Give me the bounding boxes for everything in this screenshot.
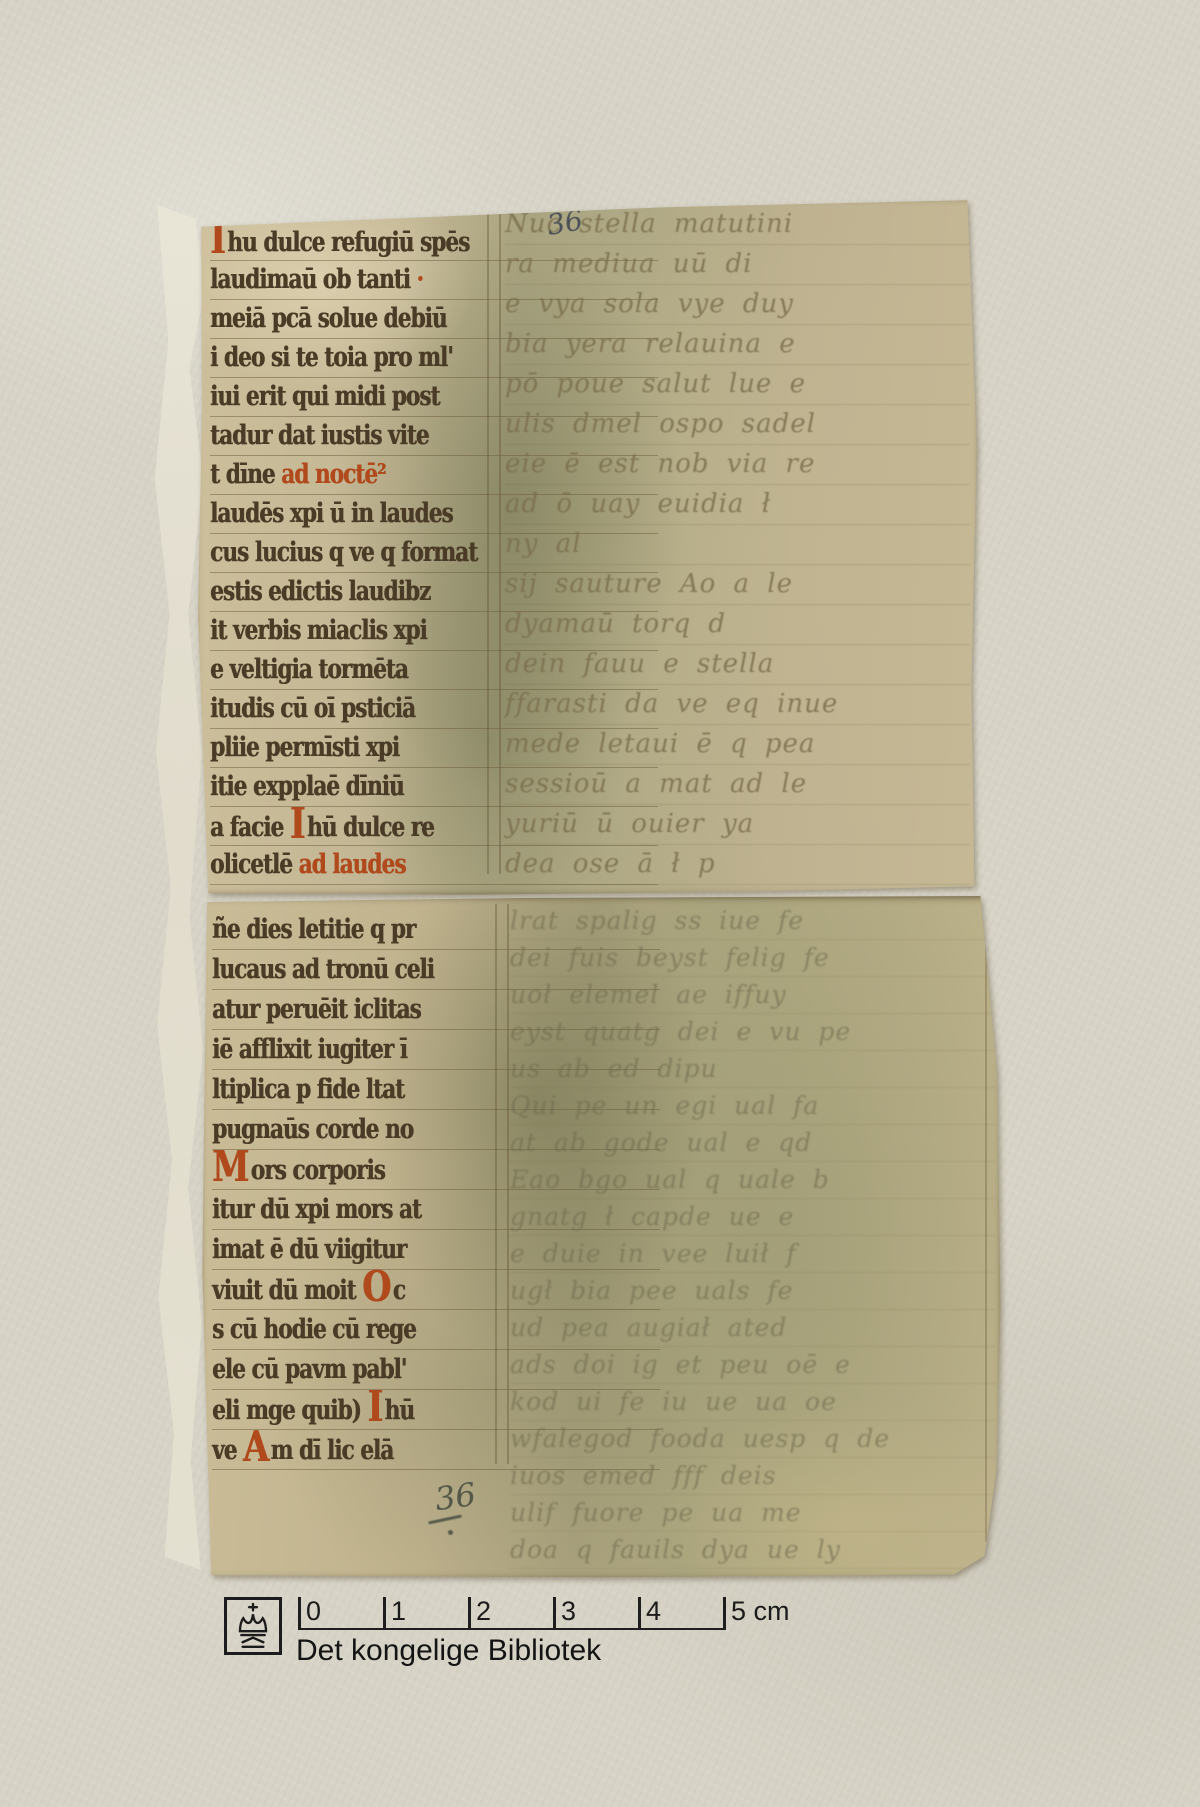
text-segment: bia yera relauina e (505, 329, 796, 359)
text-segment: cus lucius q ve q format (210, 537, 477, 568)
scale-tick (638, 1597, 641, 1630)
fragment-upper-parchment: Ihu dulce refugiū spēslaudimaū ob tanti … (195, 196, 980, 896)
manuscript-line: dea ose ā ł p (505, 845, 970, 885)
text-segment: ffarasti da ve eq inue (505, 689, 838, 719)
text-segment: itie expplaē dīniū (210, 771, 404, 802)
manuscript-line: dein fauu e stella (505, 645, 970, 685)
library-name-label: Det kongelige Bibliotek (296, 1634, 601, 1668)
text-segment: at ab gode ual e qd (510, 1128, 812, 1157)
text-segment: lrat spalig ss iue fe (510, 906, 804, 935)
text-segment: i deo si te toia pro ml' (210, 342, 453, 373)
text-segment: uoł elemel ae iffuy (510, 980, 787, 1009)
text-segment: M (212, 1152, 248, 1182)
manuscript-line: ny al (505, 525, 970, 565)
text-segment: Eao bgo ual q uale b (510, 1165, 830, 1194)
fragment-upper-right-column: Nuc stella matutinira mediua uū die vya … (505, 205, 970, 885)
manuscript-line: iuos emed fff deis (510, 1458, 995, 1495)
text-segment: c (393, 1275, 405, 1306)
text-segment: dei fuis beyst felig fe (510, 943, 830, 972)
text-segment: laudēs xpi ū in laudes (210, 498, 453, 529)
text-segment: yuriū ū ouier ya (505, 809, 754, 839)
text-segment: pō poue salut lue e (505, 369, 806, 399)
scale-tick-label: 5 cm (731, 1596, 790, 1627)
manuscript-line: ads doi ig et peu oē e (510, 1347, 995, 1384)
text-segment: e duie in vee luił f (510, 1239, 797, 1268)
manuscript-line: wfalegod fooda uesp q de (510, 1421, 995, 1458)
scale-tick-label: 3 (561, 1596, 576, 1627)
scale-bar: 012345 cm (298, 1597, 728, 1630)
text-segment: eli mge quib) (212, 1395, 367, 1426)
text-segment: ele cū pavm pabl' (212, 1354, 406, 1385)
manuscript-line: at ab gode ual e qd (510, 1125, 995, 1162)
text-segment: olicetlē (210, 849, 299, 880)
text-segment: A (243, 1432, 268, 1462)
text-segment: ugł bia pee uals fe (510, 1276, 793, 1305)
text-segment: ud pea augiał ated (510, 1313, 787, 1342)
manuscript-line: ra mediua uū di (505, 245, 970, 285)
text-segment: doa q fauils dya ue ly (510, 1535, 841, 1564)
library-logo (224, 1597, 282, 1655)
text-segment: it verbis miaclis xpi (210, 615, 427, 646)
text-segment: eie ē est nob via re (505, 449, 815, 479)
text-segment: mede letaui ē q pea (505, 729, 815, 759)
scale-tick (383, 1597, 386, 1630)
text-segment: wfalegod fooda uesp q de (510, 1424, 890, 1453)
text-segment: I (210, 224, 225, 254)
text-segment: ad laudes (299, 849, 406, 880)
text-segment: ltiplica p fide ltat (212, 1074, 404, 1105)
manuscript-fragment-lower: ñe dies letitie q prlucaus ad tronū celi… (200, 896, 1002, 1580)
manuscript-line: doa q fauils dya ue ly (510, 1532, 995, 1569)
manuscript-line: gnatg ł capde ue e (510, 1199, 995, 1236)
scale-tick (553, 1597, 556, 1630)
text-segment: laudimaū ob tanti (210, 264, 410, 295)
manuscript-line: eyst quatg dei e vu pe (510, 1014, 995, 1051)
manuscript-line: e duie in vee luił f (510, 1236, 995, 1273)
manuscript-line: uoł elemel ae iffuy (510, 977, 995, 1014)
text-segment: pugnaūs corde no (212, 1114, 413, 1145)
fragment-lower-parchment: ñe dies letitie q prlucaus ad tronū celi… (200, 896, 1002, 1580)
scale-tick (723, 1597, 726, 1630)
text-segment: gnatg ł capde ue e (510, 1202, 794, 1231)
text-segment: Qui pe un egi ual fa (510, 1091, 819, 1120)
manuscript-line: bia yera relauina e (505, 325, 970, 365)
scale-tick (468, 1597, 471, 1630)
text-segment: s cū hodie cū rege (212, 1314, 416, 1345)
photograph-canvas: Ihu dulce refugiū spēslaudimaū ob tanti … (0, 0, 1200, 1807)
text-segment: dea ose ā ł p (505, 849, 716, 879)
text-segment: ve (212, 1435, 243, 1466)
manuscript-line: ffarasti da ve eq inue (505, 685, 970, 725)
text-segment: ra mediua uū di (505, 249, 752, 279)
manuscript-line: us ab ed dipu (510, 1051, 995, 1088)
text-segment: ny al (505, 529, 582, 559)
manuscript-line: dyamaū torq d (505, 605, 970, 645)
text-segment: tadur dat iustis vite (210, 420, 429, 451)
text-segment: t dīne (210, 459, 281, 490)
manuscript-line: e vya sola vye duy (505, 285, 970, 325)
text-segment: itur dū xpi mors at (212, 1194, 421, 1225)
manuscript-line: ud pea augiał ated (510, 1310, 995, 1347)
text-segment: imat ē dū viigitur (212, 1234, 406, 1265)
manuscript-line: sij sauture Ao a le (505, 565, 970, 605)
manuscript-line: lrat spalig ss iue fe (510, 903, 995, 940)
manuscript-line: yuriū ū ouier ya (505, 805, 970, 845)
manuscript-line: ulif fuore pe ua me (510, 1495, 995, 1532)
text-segment: ñe dies letitie q pr (212, 914, 415, 945)
text-segment: sij sauture Ao a le (505, 569, 793, 599)
text-segment: lucaus ad tronū celi (212, 954, 434, 985)
manuscript-fragment-upper: Ihu dulce refugiū spēslaudimaū ob tanti … (195, 196, 980, 896)
manuscript-line: kod ui fe iu ue ua oe (510, 1384, 995, 1421)
scale-tick-label: 2 (476, 1596, 491, 1627)
text-segment: sessioū a mat ad le (505, 769, 807, 799)
text-segment: eyst quatg dei e vu pe (510, 1017, 851, 1046)
text-segment: ors corporis (251, 1155, 385, 1186)
manuscript-line: ulis dmel ospo sadel (505, 405, 970, 445)
text-segment: iuos emed fff deis (510, 1461, 777, 1490)
text-segment: hū (384, 1395, 414, 1426)
text-segment: meiā pcā solue debiū (210, 303, 447, 334)
manuscript-line: mede letaui ē q pea (505, 725, 970, 765)
folio-number-top: 36 (544, 203, 585, 242)
manuscript-line: Eao bgo ual q uale b (510, 1162, 995, 1199)
manuscript-line: pō poue salut lue e (505, 365, 970, 405)
text-segment: hū dulce re (307, 812, 434, 843)
scale-bar-baseline (298, 1628, 725, 1631)
pencil-mark (448, 1530, 453, 1535)
text-segment: dyamaū torq d (505, 609, 726, 639)
text-segment: e veltigia tormēta (210, 654, 408, 685)
crown-icon (227, 1600, 279, 1652)
text-segment: atur peruēit iclitas (212, 994, 421, 1025)
fragment-lower-right-column: lrat spalig ss iue fedei fuis beyst feli… (510, 903, 995, 1569)
manuscript-line: ugł bia pee uals fe (510, 1273, 995, 1310)
text-segment: ad noctē² (281, 459, 385, 490)
text-segment: m dī lic elā (270, 1435, 393, 1466)
text-segment: I (290, 809, 305, 839)
text-segment: viuit dū moit (212, 1275, 362, 1306)
text-segment: estis edictis laudibz (210, 576, 430, 607)
folio-number-bottom: 36 (433, 1475, 479, 1518)
text-segment: O (362, 1272, 390, 1302)
text-segment: ulis dmel ospo sadel (505, 409, 816, 439)
text-segment: iui erit qui midi post (210, 381, 439, 412)
manuscript-line: sessioū a mat ad le (505, 765, 970, 805)
text-segment: kod ui fe iu ue ua oe (510, 1387, 837, 1416)
text-segment: ads doi ig et peu oē e (510, 1350, 851, 1379)
manuscript-line: dei fuis beyst felig fe (510, 940, 995, 977)
manuscript-line: Qui pe un egi ual fa (510, 1088, 995, 1125)
text-segment: iē afflixit iugiter ī (212, 1034, 407, 1065)
manuscript-line: eie ē est nob via re (505, 445, 970, 485)
text-segment: itudis cū oī psticiā (210, 693, 415, 724)
scale-tick-label: 1 (391, 1596, 406, 1627)
text-segment: hu dulce refugiū spēs (227, 227, 469, 258)
scale-tick (298, 1597, 301, 1630)
text-segment: ulif fuore pe ua me (510, 1498, 802, 1527)
scale-tick-label: 0 (306, 1596, 321, 1627)
text-segment: · (410, 264, 423, 295)
scale-tick-label: 4 (646, 1596, 661, 1627)
text-segment: pliie permīsti xpi (210, 732, 399, 763)
text-segment: a facie (210, 812, 290, 843)
manuscript-line: ad ō uay euidia ł (505, 485, 970, 525)
text-segment: ad ō uay euidia ł (505, 489, 771, 519)
text-segment: us ab ed dipu (510, 1054, 718, 1083)
text-segment: I (367, 1392, 382, 1422)
text-segment: dein fauu e stella (505, 649, 774, 679)
text-segment: e vya sola vye duy (505, 289, 794, 319)
